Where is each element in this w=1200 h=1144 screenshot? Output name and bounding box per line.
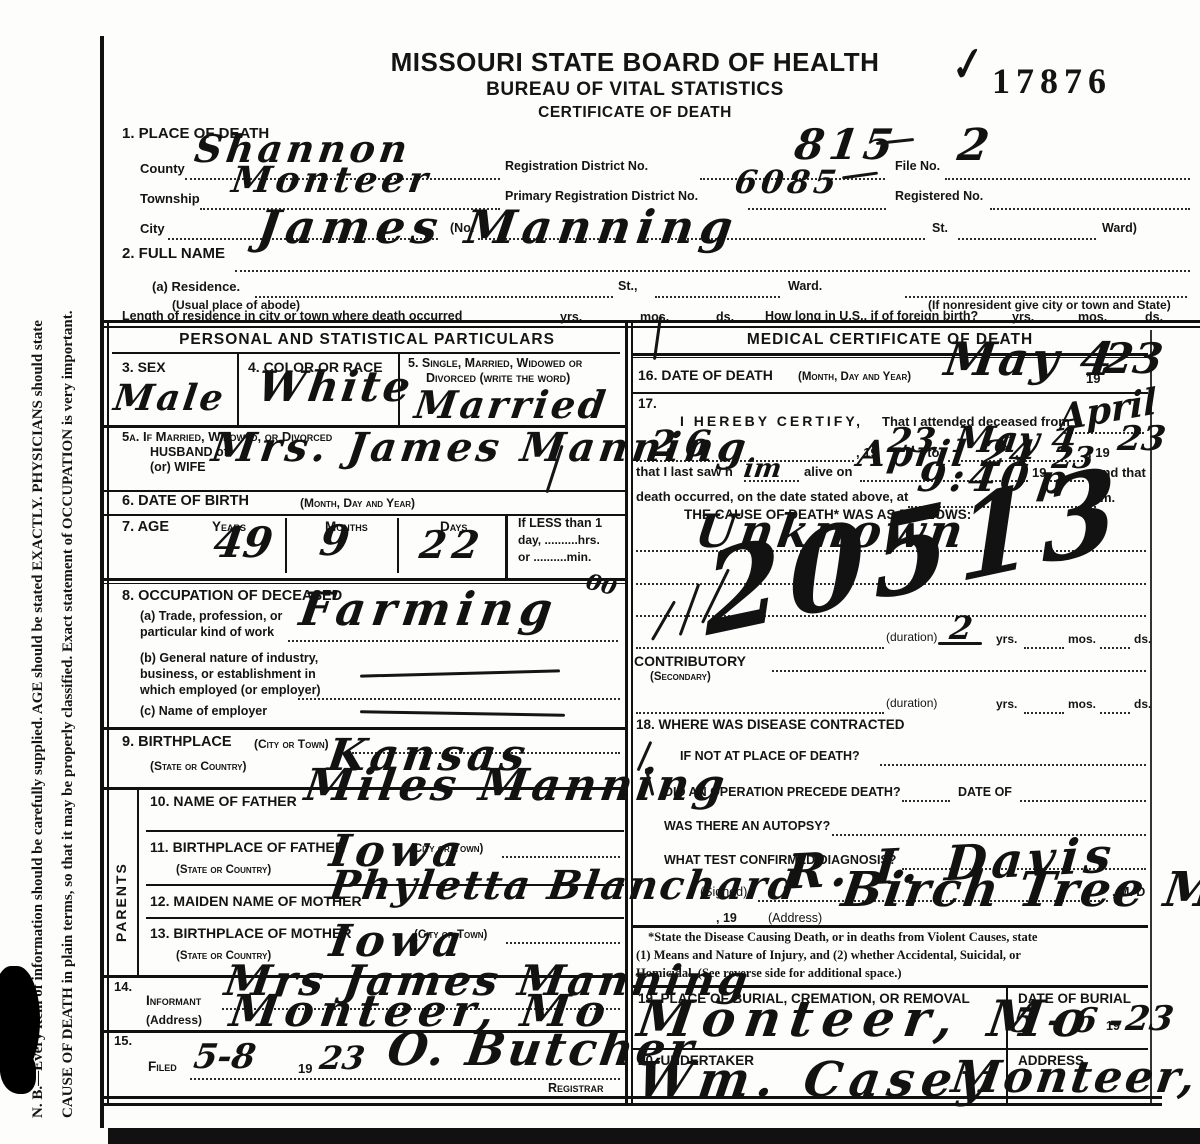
occupation-a-line1: (a) Trade, profession, or: [140, 610, 282, 624]
occupation-a-value: Farming: [297, 586, 561, 632]
personal-header-underline: [112, 352, 620, 354]
scribble-stroke-2: [679, 583, 700, 636]
filed-year-printed: 19: [298, 1062, 312, 1076]
burial-year-value: 23: [1124, 1002, 1176, 1036]
race-value: White: [255, 366, 416, 408]
filed-label: Filed: [148, 1060, 177, 1075]
occupation-b-line2: business, or establishment in: [140, 668, 316, 682]
cause-ds-label: ds.: [1134, 633, 1151, 646]
margin-note-line2: CAUSE OF DEATH in plain terms, so that i…: [60, 78, 77, 1118]
contributory-yrs-line: [1024, 710, 1064, 714]
age-days-value: 22: [417, 526, 487, 564]
parents-bracket-line: [137, 787, 139, 975]
registered-no-line: [990, 206, 1190, 210]
us-length-label: How long in U.S., if of foreign birth?: [765, 310, 978, 324]
autopsy-label: WAS THERE AN AUTOPSY?: [664, 820, 830, 834]
days-less-divider: [505, 514, 508, 578]
contributory-ds-label: ds.: [1134, 698, 1151, 711]
cause-duration-label: (duration): [886, 631, 937, 644]
date-of-birth-note: (Month, Day and Year): [300, 497, 415, 510]
form-title: CERTIFICATE OF DEATH: [320, 104, 950, 121]
date-of-birth-label: 6. DATE OF BIRTH: [122, 494, 249, 510]
certify-alive-label: alive on: [804, 465, 852, 479]
file-no-label: File No.: [895, 160, 940, 174]
father-birthplace-label: 11. BIRTHPLACE OF FATHER: [150, 840, 345, 855]
informant-label: Informant: [146, 994, 201, 1009]
operation-line: [902, 798, 950, 802]
form-left-border: [100, 36, 104, 1128]
primary-registration-value: 6085: [733, 166, 843, 198]
age-less-line3: or ..........min.: [518, 551, 591, 564]
occupation-b-line3: which employed (or employer): [140, 684, 321, 698]
contributory-duration-label: (duration): [886, 697, 937, 710]
file-no-value: 2: [955, 124, 992, 168]
occupation-c-label: (c) Name of employer: [140, 705, 267, 719]
scan-bottom-strip: [108, 1128, 1200, 1144]
residence-line: [255, 294, 613, 298]
birthplace-city-note: (City or Town): [254, 738, 329, 751]
yrs-label-2: yrs.: [1012, 311, 1034, 325]
row-16-bottom: [632, 392, 1148, 394]
registrar-label: Registrar: [548, 1082, 604, 1096]
date-of-death-label: 16. DATE OF DEATH: [638, 368, 773, 383]
informant-number: 14.: [114, 980, 132, 994]
parents-vertical-label: PARENTS: [114, 862, 129, 942]
birthplace-state-note: (State or Country): [150, 760, 247, 773]
contributory-line: [772, 668, 1146, 672]
contributory-duration-line: [636, 710, 884, 714]
cause-yrs-line: [1024, 645, 1064, 649]
file-no-line: [945, 176, 1190, 180]
ward-line: [958, 236, 1096, 240]
mother-name-value: Phyletta Blanchard: [327, 866, 801, 906]
certificate-number: 17876: [992, 62, 1112, 102]
operation-date-of-label: DATE OF: [958, 786, 1012, 800]
ward-label: Ward): [1102, 222, 1137, 236]
death-certificate-scan: N. B.—Every item of information should b…: [0, 0, 1200, 1144]
scan-ink-blob-small: [0, 1050, 36, 1094]
contributory-secondary-label: (Secondary): [650, 671, 711, 684]
physician-address-value: Birch Tree Mo: [839, 866, 1200, 914]
form-left-inner-border: [107, 322, 109, 1106]
duration-underline-mark: [938, 642, 982, 645]
occupation-b-line1: (b) General nature of industry,: [140, 652, 318, 666]
contributory-mos-line: [1100, 710, 1130, 714]
age-less-line2: day, ..........hrs.: [518, 534, 600, 547]
undertaker-value: Wm. Casey: [635, 1056, 998, 1104]
contributory-mos-label: mos.: [1068, 698, 1096, 711]
certify-from-day: 26: [647, 426, 722, 462]
date-of-death-note: (Month, Day and Year): [798, 371, 911, 384]
top-section-divider-thin: [100, 326, 1200, 328]
full-name-value: James Manning: [255, 204, 742, 250]
wife-label: (or) WIFE: [150, 461, 206, 475]
row-7-bottom: [100, 578, 627, 581]
age-months-value: 9: [317, 520, 352, 562]
bureau-subtitle: BUREAU OF VITAL STATISTICS: [320, 80, 950, 101]
yrs-label-1: yrs.: [560, 311, 582, 325]
personal-section-header: PERSONAL AND STATISTICAL PARTICULARS: [112, 331, 622, 348]
cause-duration-value: 2: [948, 612, 975, 644]
marital-value: Married: [412, 386, 610, 424]
father-birthplace-line: [502, 854, 620, 858]
informant-address-label: (Address): [146, 1014, 202, 1027]
operation-date-line: [1020, 798, 1146, 802]
registration-district-label: Registration District No.: [505, 160, 648, 174]
board-title: MISSOURI STATE BOARD OF HEALTH: [320, 48, 950, 77]
occupation-a-line2: particular kind of work: [140, 626, 274, 640]
city-label: City: [140, 222, 165, 236]
row-19-bottom: [632, 1048, 1148, 1050]
cause-mos-label: mos.: [1068, 633, 1096, 646]
registration-district-value: 815: [792, 124, 901, 166]
handwritten-dash-c: [360, 710, 565, 716]
certify-to-year: 23: [1116, 422, 1168, 456]
mother-birthplace-line: [506, 940, 620, 944]
certify-him: im: [742, 456, 783, 482]
margin-note-line1: N. B.—Every item of information should b…: [30, 78, 47, 1118]
not-at-place-line: [880, 762, 1146, 766]
age-less-line1: If LESS than 1: [518, 517, 602, 531]
contributory-yrs-label: yrs.: [996, 698, 1017, 711]
father-birthplace-state-note: (State or Country): [176, 864, 271, 877]
signed-bottom-line: [632, 925, 1148, 928]
burial-date-value: 5 - 6 -: [1010, 1004, 1126, 1038]
bottom-double-line-2: [100, 1103, 1162, 1106]
township-value-handwritten: Monteer: [229, 162, 434, 198]
ds-label-2: ds.: [1145, 311, 1163, 325]
marital-label-line1: 5. Single, Married, Widowed or: [408, 357, 582, 371]
filed-number: 15.: [114, 1034, 132, 1048]
signed-19-label: , 19: [716, 912, 737, 926]
date-of-death-value: May 4: [942, 336, 1119, 382]
sex-value: Male: [111, 380, 228, 416]
street-label: St.: [932, 222, 948, 236]
birthplace-label: 9. BIRTHPLACE: [122, 735, 232, 751]
residence-street-label: St.,: [618, 280, 637, 294]
date-of-death-year-value: 23: [1101, 338, 1165, 380]
scribble-stroke-1: [651, 600, 676, 640]
filed-line: [190, 1076, 620, 1080]
months-days-divider: [397, 518, 399, 573]
sex-race-divider: [237, 354, 239, 425]
stray-zeros-annotation: 00: [584, 571, 619, 600]
signed-address-label: (Address): [768, 912, 822, 926]
father-name-label: 10. NAME OF FATHER: [150, 794, 297, 809]
cause-yrs-label: yrs.: [996, 633, 1017, 646]
residence-label: (a) Residence.: [152, 280, 240, 294]
full-name-line: [235, 268, 1190, 272]
county-label: County: [140, 162, 185, 176]
age-label: 7. AGE: [122, 520, 169, 536]
years-months-divider: [285, 518, 287, 573]
full-name-label: 2. FULL NAME: [122, 246, 225, 263]
sex-label: 3. SEX: [122, 360, 166, 375]
filed-date-value: 5-8: [192, 1040, 258, 1074]
residence-street-line: [655, 294, 780, 298]
filed-year-value: 23: [318, 1042, 367, 1074]
residence-ward-label: Ward.: [788, 280, 822, 294]
occupation-b-line: [298, 696, 620, 700]
primary-registration-line: [748, 206, 886, 210]
occupation-a-line: [288, 638, 618, 642]
father-name-value: Miles Manning: [302, 764, 731, 808]
mos-label-2: mos.: [1078, 311, 1107, 325]
undertaker-address-value: Monteer, Mo: [949, 1056, 1200, 1100]
mother-birthplace-label: 13. BIRTHPLACE OF MOTHER: [150, 926, 351, 941]
handwritten-dash-b: [360, 669, 560, 677]
mos-label-1: mos.: [640, 311, 669, 325]
footnote-line1: *State the Disease Causing Death, or in …: [648, 931, 1037, 945]
disease-contracted-label: 18. WHERE WAS DISEASE CONTRACTED: [636, 718, 905, 733]
age-years-value: 49: [211, 522, 275, 564]
length-residence-label: Length of residence in city or town wher…: [122, 310, 462, 324]
ds-label-1: ds.: [716, 311, 734, 325]
cause-mos-line: [1100, 645, 1130, 649]
certify-number: 17.: [638, 397, 657, 412]
registered-no-label: Registered No.: [895, 190, 983, 204]
township-label: Township: [140, 192, 200, 206]
